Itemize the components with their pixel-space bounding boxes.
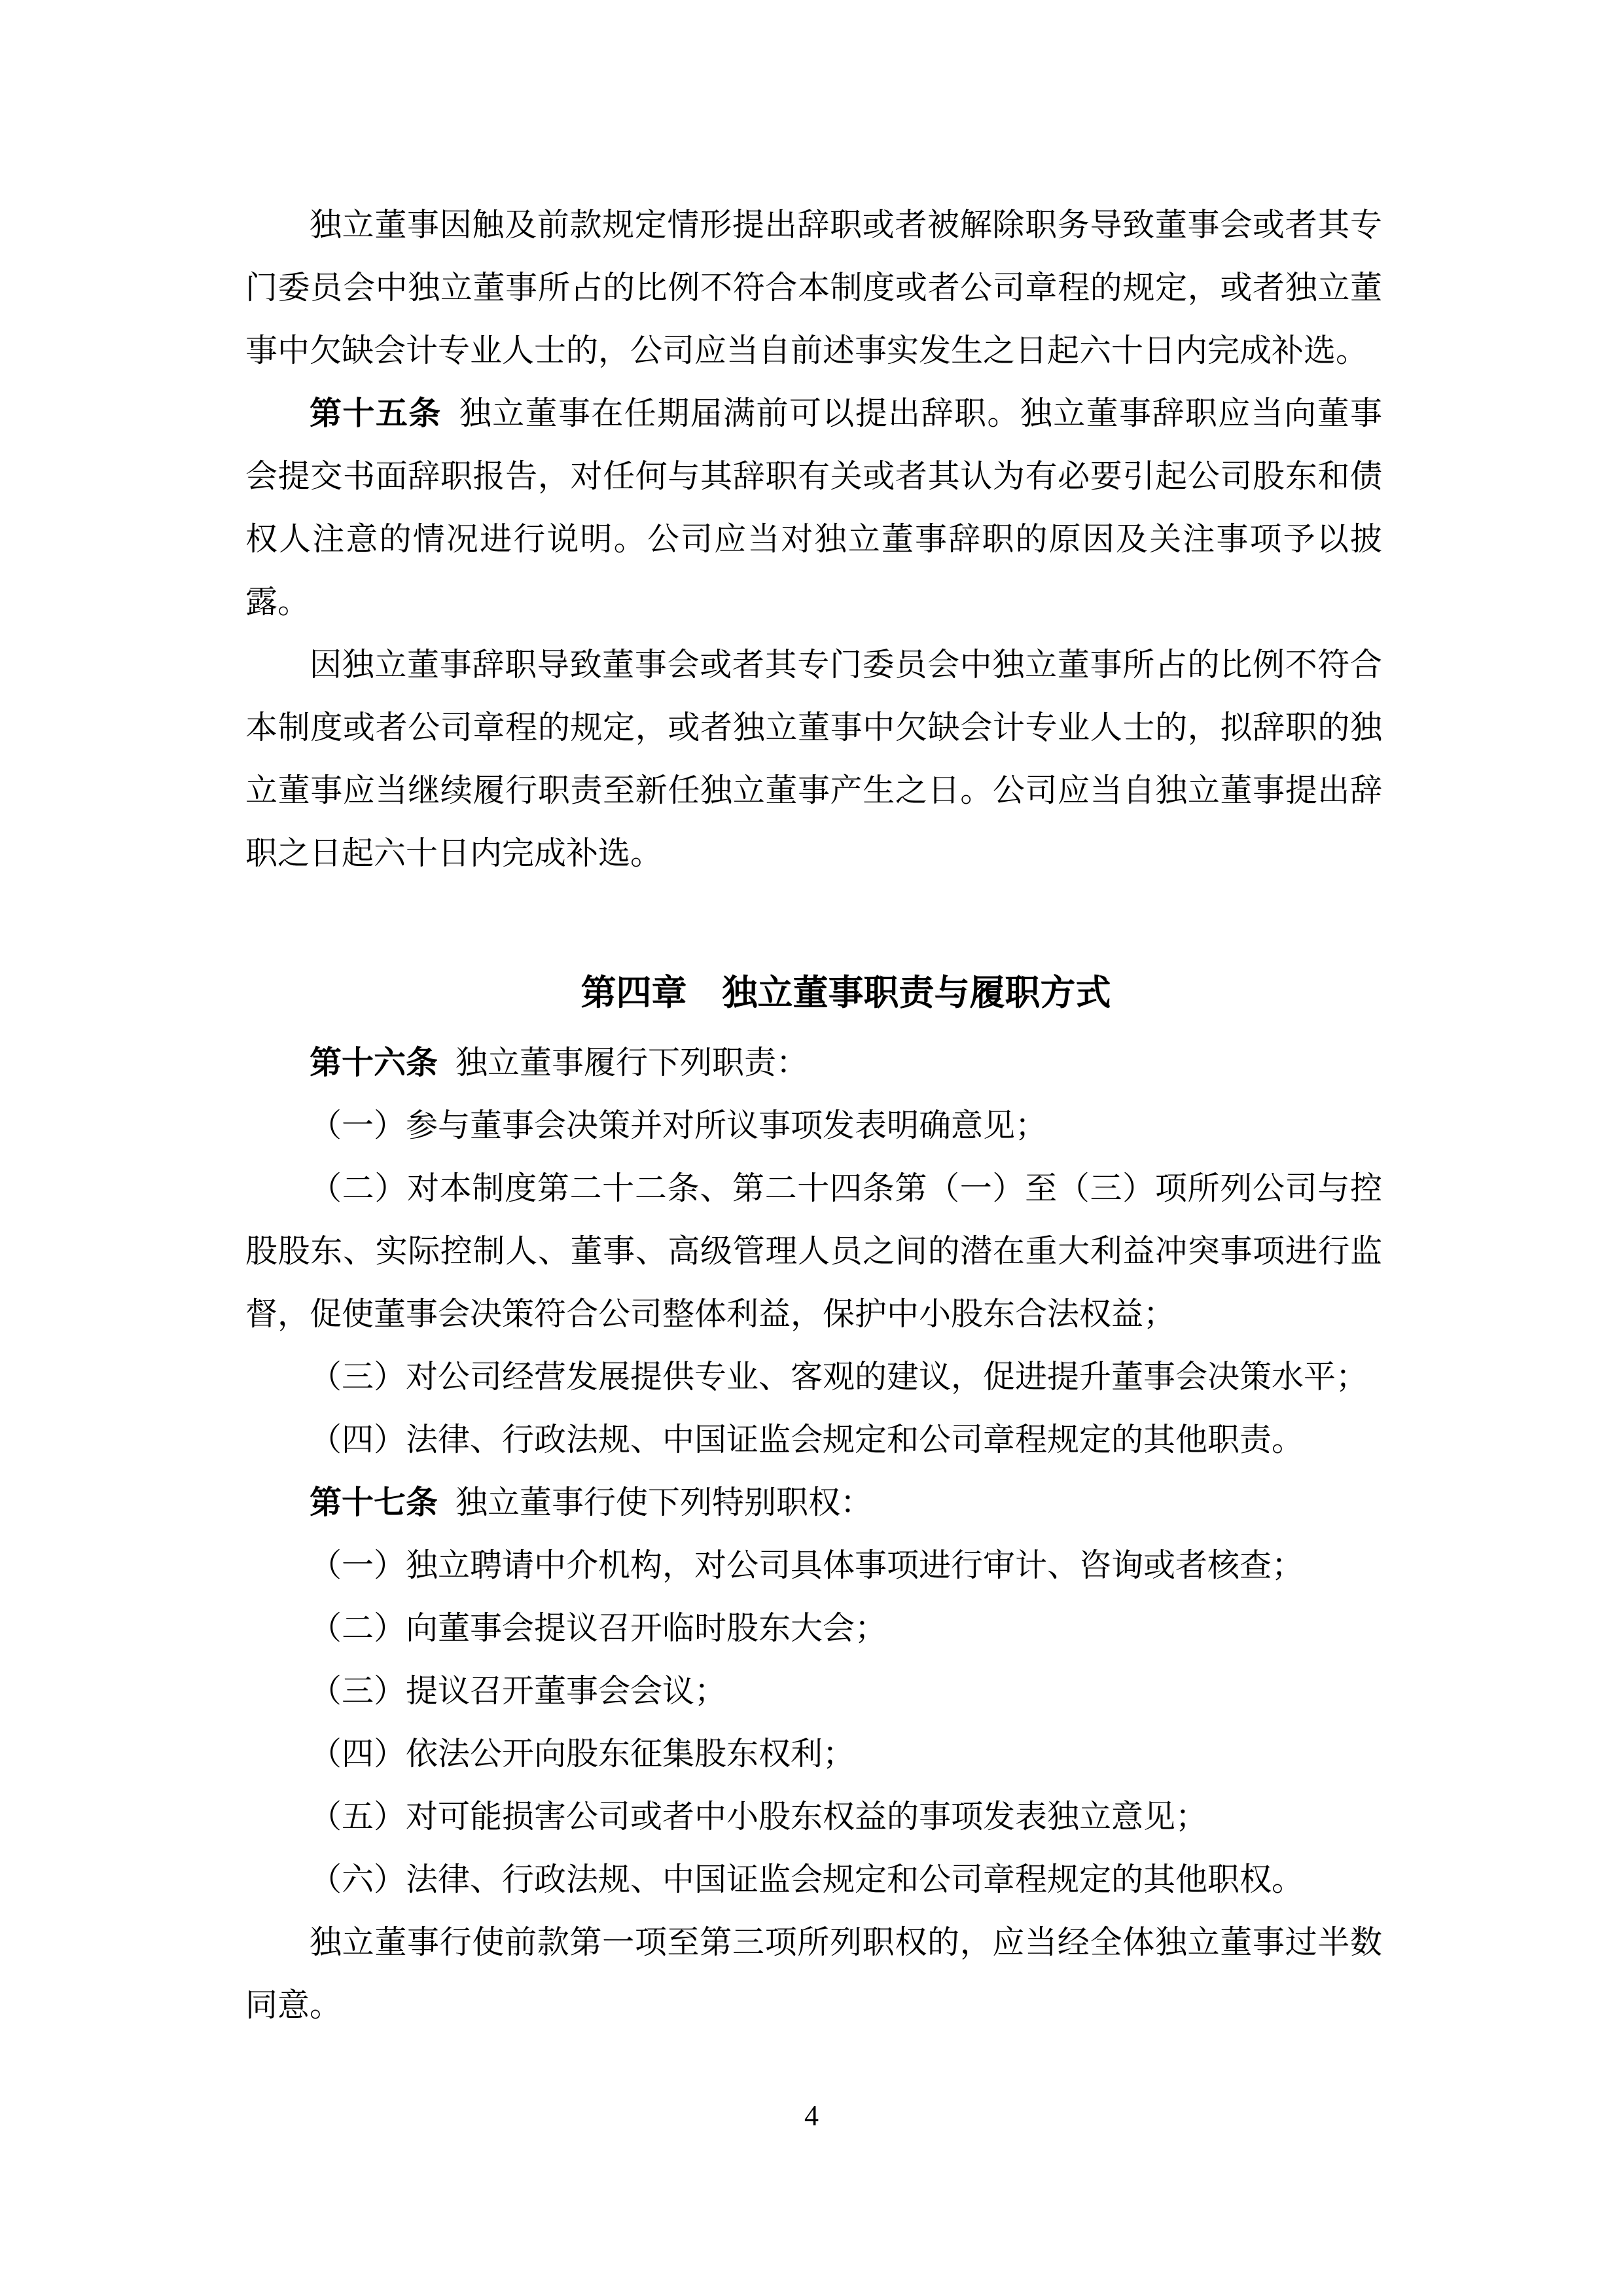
paragraph-text: 独立董事行使下列特别职权： bbox=[455, 1484, 872, 1520]
paragraph-text: （一）独立聘请中介机构，对公司具体事项进行审计、咨询或者核查； bbox=[310, 1547, 1304, 1583]
paragraph-text: （二）向董事会提议召开临时股东大会； bbox=[310, 1610, 887, 1646]
paragraph-text: （五）对可能损害公司或者中小股东权益的事项发表独立意见； bbox=[310, 1799, 1207, 1835]
paragraph: 第十六条独立董事履行下列职责： bbox=[245, 1031, 1382, 1094]
list-item: （三）提议召开董事会会议； bbox=[245, 1660, 1382, 1723]
document-body: 独立董事因触及前款规定情形提出辞职或者被解除职务导致董事会或者其专门委员会中独立… bbox=[245, 194, 1382, 2037]
paragraph: 独立董事行使前款第一项至第三项所列职权的，应当经全体独立董事过半数同意。 bbox=[245, 1911, 1382, 2037]
paragraph-text: （六）法律、行政法规、中国证监会规定和公司章程规定的其他职权。 bbox=[310, 1861, 1304, 1897]
paragraph-text: （四）依法公开向股东征集股东权利； bbox=[310, 1736, 855, 1772]
list-item: （二）对本制度第二十二条、第二十四条第（一）至（三）项所列公司与控股股东、实际控… bbox=[245, 1157, 1382, 1346]
chapter-heading: 第四章 独立董事职责与履职方式 bbox=[245, 961, 1382, 1024]
paragraph: 因独立董事辞职导致董事会或者其专门委员会中独立董事所占的比例不符合本制度或者公司… bbox=[245, 634, 1382, 885]
paragraph-text: （二）对本制度第二十二条、第二十四条第（一）至（三）项所列公司与控股股东、实际控… bbox=[245, 1170, 1382, 1332]
list-item: （五）对可能损害公司或者中小股东权益的事项发表独立意见； bbox=[245, 1785, 1382, 1848]
list-item: （四）依法公开向股东征集股东权利； bbox=[245, 1723, 1382, 1785]
page-number: 4 bbox=[804, 2100, 819, 2132]
paragraph-text: （三）对公司经营发展提供专业、客观的建议，促进提升董事会决策水平； bbox=[310, 1359, 1368, 1395]
page-footer: 4 bbox=[0, 2100, 1623, 2132]
article-number-label: 第十七条 bbox=[310, 1484, 438, 1520]
paragraph: 第十五条独立董事在任期届满前可以提出辞职。独立董事辞职应当向董事会提交书面辞职报… bbox=[245, 382, 1382, 634]
paragraph-text: 独立董事履行下列职责： bbox=[455, 1045, 808, 1081]
list-item: （二）向董事会提议召开临时股东大会； bbox=[245, 1597, 1382, 1660]
document-page: 独立董事因触及前款规定情形提出辞职或者被解除职务导致董事会或者其专门委员会中独立… bbox=[0, 0, 1623, 2296]
paragraph-text: 独立董事行使前款第一项至第三项所列职权的，应当经全体独立董事过半数同意。 bbox=[245, 1924, 1382, 2023]
list-item: （三）对公司经营发展提供专业、客观的建议，促进提升董事会决策水平； bbox=[245, 1346, 1382, 1408]
paragraph-text: （一）参与董事会决策并对所议事项发表明确意见； bbox=[310, 1107, 1047, 1143]
paragraph: 独立董事因触及前款规定情形提出辞职或者被解除职务导致董事会或者其专门委员会中独立… bbox=[245, 194, 1382, 382]
list-item: （一）独立聘请中介机构，对公司具体事项进行审计、咨询或者核查； bbox=[245, 1534, 1382, 1597]
paragraph-text: （三）提议召开董事会会议； bbox=[310, 1673, 726, 1709]
article-number-label: 第十六条 bbox=[310, 1045, 438, 1081]
article-number-label: 第十五条 bbox=[310, 395, 442, 431]
paragraph-text: 因独立董事辞职导致董事会或者其专门委员会中独立董事所占的比例不符合本制度或者公司… bbox=[245, 647, 1382, 871]
paragraph-text: （四）法律、行政法规、中国证监会规定和公司章程规定的其他职责。 bbox=[310, 1422, 1304, 1458]
list-item: （六）法律、行政法规、中国证监会规定和公司章程规定的其他职权。 bbox=[245, 1848, 1382, 1911]
paragraph-text: 独立董事因触及前款规定情形提出辞职或者被解除职务导致董事会或者其专门委员会中独立… bbox=[245, 207, 1382, 368]
paragraph: 第十七条独立董事行使下列特别职权： bbox=[245, 1471, 1382, 1534]
list-item: （一）参与董事会决策并对所议事项发表明确意见； bbox=[245, 1094, 1382, 1157]
list-item: （四）法律、行政法规、中国证监会规定和公司章程规定的其他职责。 bbox=[245, 1408, 1382, 1471]
